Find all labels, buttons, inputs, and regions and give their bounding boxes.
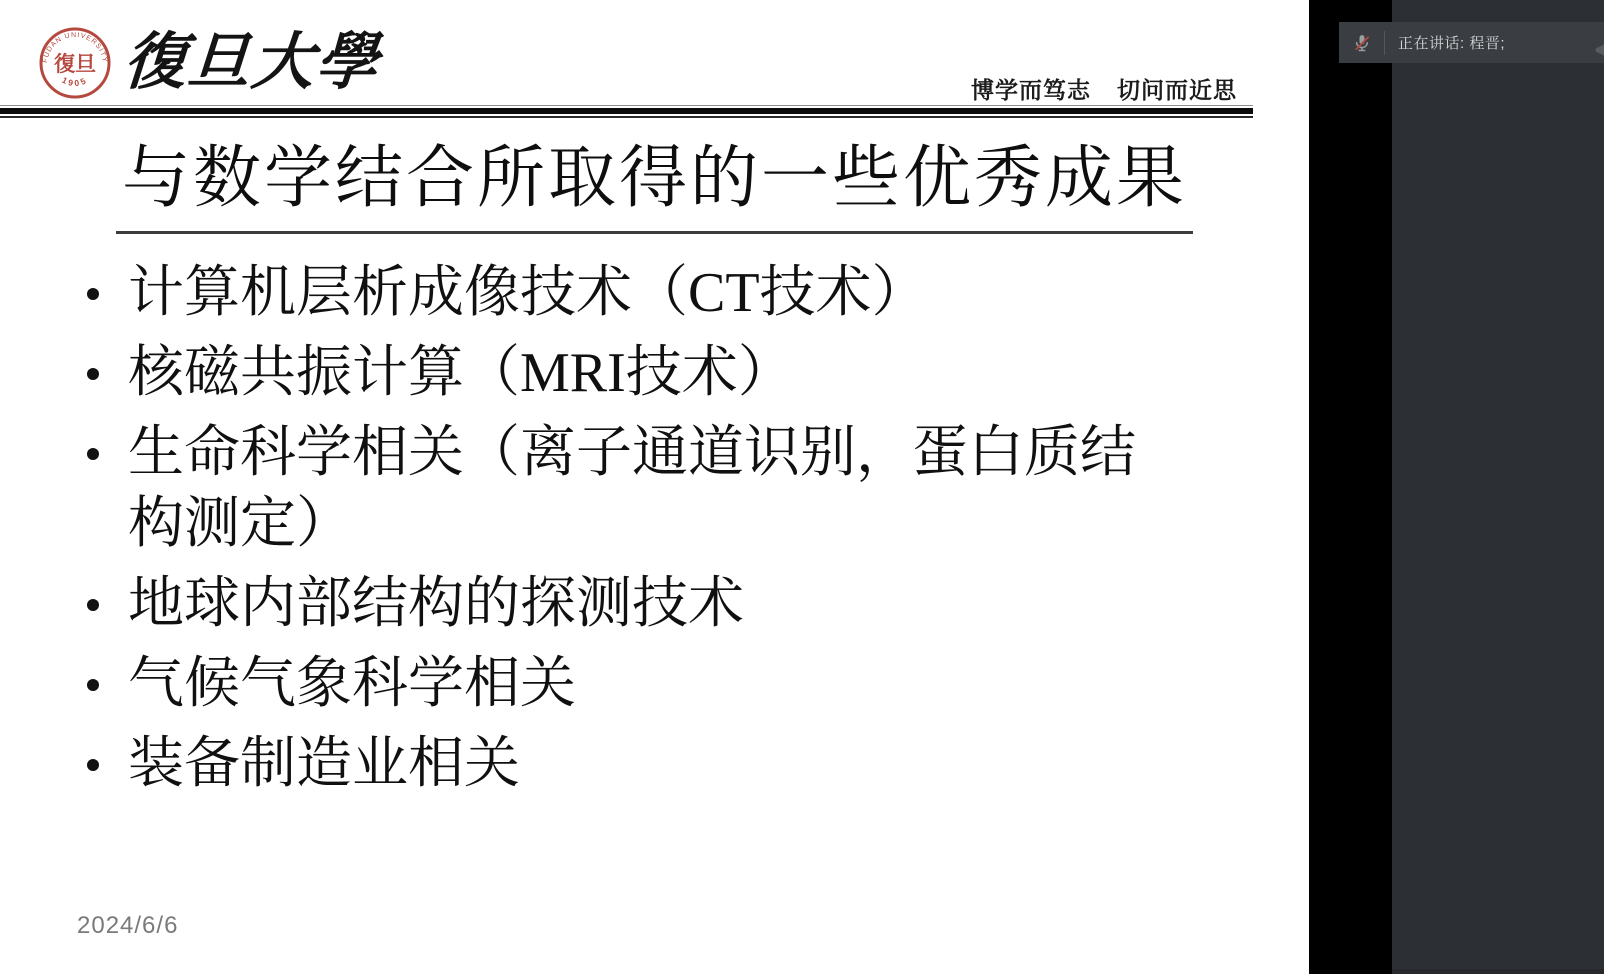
speaking-indicator-bar: 正在讲话: 程晋; xyxy=(1339,22,1604,63)
chevron-left-icon[interactable] xyxy=(1590,38,1604,62)
bullet-list: 计算机层析成像技术（CT技术） 核磁共振计算（MRI技术） 生命科学相关（离子通… xyxy=(85,258,1163,809)
bullet-item-2: 核磁共振计算（MRI技术） xyxy=(85,338,1163,409)
university-motto: 博学而笃志切问而近思 xyxy=(971,72,1237,105)
bullet-item-3: 生命科学相关（离子通道识别，蛋白质结构测定） xyxy=(85,418,1163,560)
bullet-item-6: 装备制造业相关 xyxy=(85,729,1163,800)
slide-title-row: 与数学结合所取得的一些优秀成果 xyxy=(0,124,1309,234)
bullet-item-5: 气候气象科学相关 xyxy=(85,649,1163,720)
bullet-item-1: 计算机层析成像技术（CT技术） xyxy=(85,258,1163,329)
speaking-label: 正在讲话: 程晋; xyxy=(1398,32,1505,53)
motto-part1: 博学而笃志 xyxy=(971,78,1091,103)
bar-divider xyxy=(1384,31,1385,55)
header-divider-rule xyxy=(0,105,1253,118)
meeting-sidebar-panel xyxy=(1392,0,1604,974)
microphone-muted-icon xyxy=(1352,33,1372,53)
bullet-item-4: 地球内部结构的探测技术 xyxy=(85,569,1163,640)
letterbox-strip xyxy=(1309,0,1392,974)
seal-icon: FUDAN UNIVERSITY 1905 復旦 xyxy=(38,26,112,100)
motto-part2: 切问而近思 xyxy=(1117,78,1237,103)
fudan-seal-logo: FUDAN UNIVERSITY 1905 復旦 xyxy=(38,26,112,100)
university-wordmark: 復旦大學 xyxy=(121,12,383,101)
slide-date: 2024/6/6 xyxy=(77,912,178,940)
slide-title: 与数学结合所取得的一些优秀成果 xyxy=(116,124,1193,234)
shared-slide: FUDAN UNIVERSITY 1905 復旦 復旦大學 博学而笃志切问而近思… xyxy=(0,0,1309,974)
seal-monogram: 復旦 xyxy=(54,52,96,76)
